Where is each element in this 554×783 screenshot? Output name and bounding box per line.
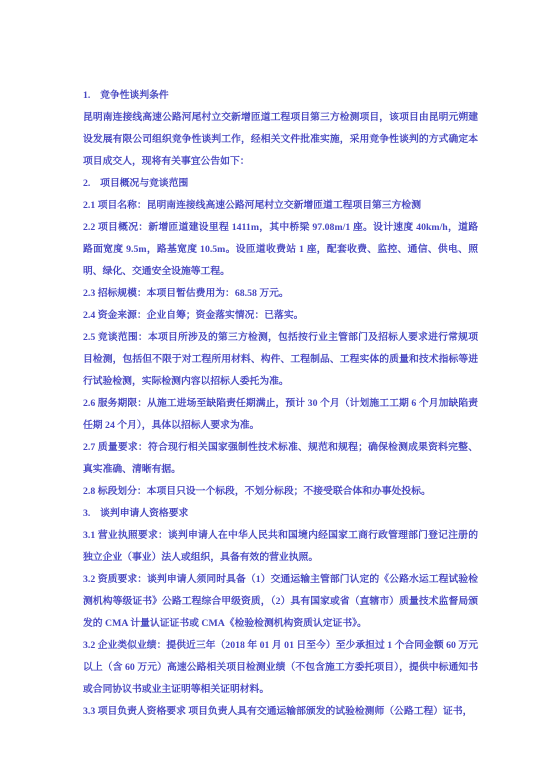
paragraph: 2.6 服务期限：从施工进场至缺陷责任期满止，预计 30 个月（计划施工工期 6… bbox=[83, 393, 478, 437]
paragraph: 昆明南连接线高速公路河尾村立交新增匝道工程项目第三方检测项目，该项目由昆明元朔建… bbox=[83, 107, 478, 173]
paragraph: 3.1 营业执照要求：谈判申请人在中华人民共和国境内经国家工商行政管理部门登记注… bbox=[83, 525, 478, 569]
paragraph: 2.8 标段划分：本项目只设一个标段，不划分标段；不接受联合体和办事处投标。 bbox=[83, 481, 478, 503]
paragraph: 2.1 项目名称：昆明南连接线高速公路河尾村立交新增匝道工程项目第三方检测 bbox=[83, 195, 478, 217]
paragraph: 3.2 企业类似业绩：提供近三年（2018 年 01 月 01 日至今）至少承担… bbox=[83, 635, 478, 701]
paragraph: 3.3 项目负责人资格要求 项目负责人具有交通运输部颁发的试验检测师（公路工程）… bbox=[83, 701, 478, 723]
document-body: 1. 竞争性谈判条件昆明南连接线高速公路河尾村立交新增匝道工程项目第三方检测项目… bbox=[83, 85, 478, 723]
paragraph: 3.2 资质要求：谈判申请人须同时具备（1）交通运输主管部门认定的《公路水运工程… bbox=[83, 569, 478, 635]
paragraph: 2.4 资金来源：企业自筹；资金落实情况：已落实。 bbox=[83, 305, 478, 327]
section-heading: 1. 竞争性谈判条件 bbox=[83, 85, 478, 107]
paragraph: 2.2 项目概况：新增匝道建设里程 1411m，其中桥梁 97.08m/1 座。… bbox=[83, 217, 478, 283]
paragraph: 2.7 质量要求：符合现行相关国家强制性技术标准、规范和规程；确保检测成果资料完… bbox=[83, 437, 478, 481]
section-heading: 3. 谈判申请人资格要求 bbox=[83, 503, 478, 525]
document-page: 1. 竞争性谈判条件昆明南连接线高速公路河尾村立交新增匝道工程项目第三方检测项目… bbox=[0, 0, 554, 783]
paragraph: 2.5 竞谈范围：本项目所涉及的第三方检测，包括按行业主管部门及招标人要求进行常… bbox=[83, 327, 478, 393]
paragraph: 2.3 招标规模：本项目暂估费用为：68.58 万元。 bbox=[83, 283, 478, 305]
section-heading: 2. 项目概况与竞谈范围 bbox=[83, 173, 478, 195]
